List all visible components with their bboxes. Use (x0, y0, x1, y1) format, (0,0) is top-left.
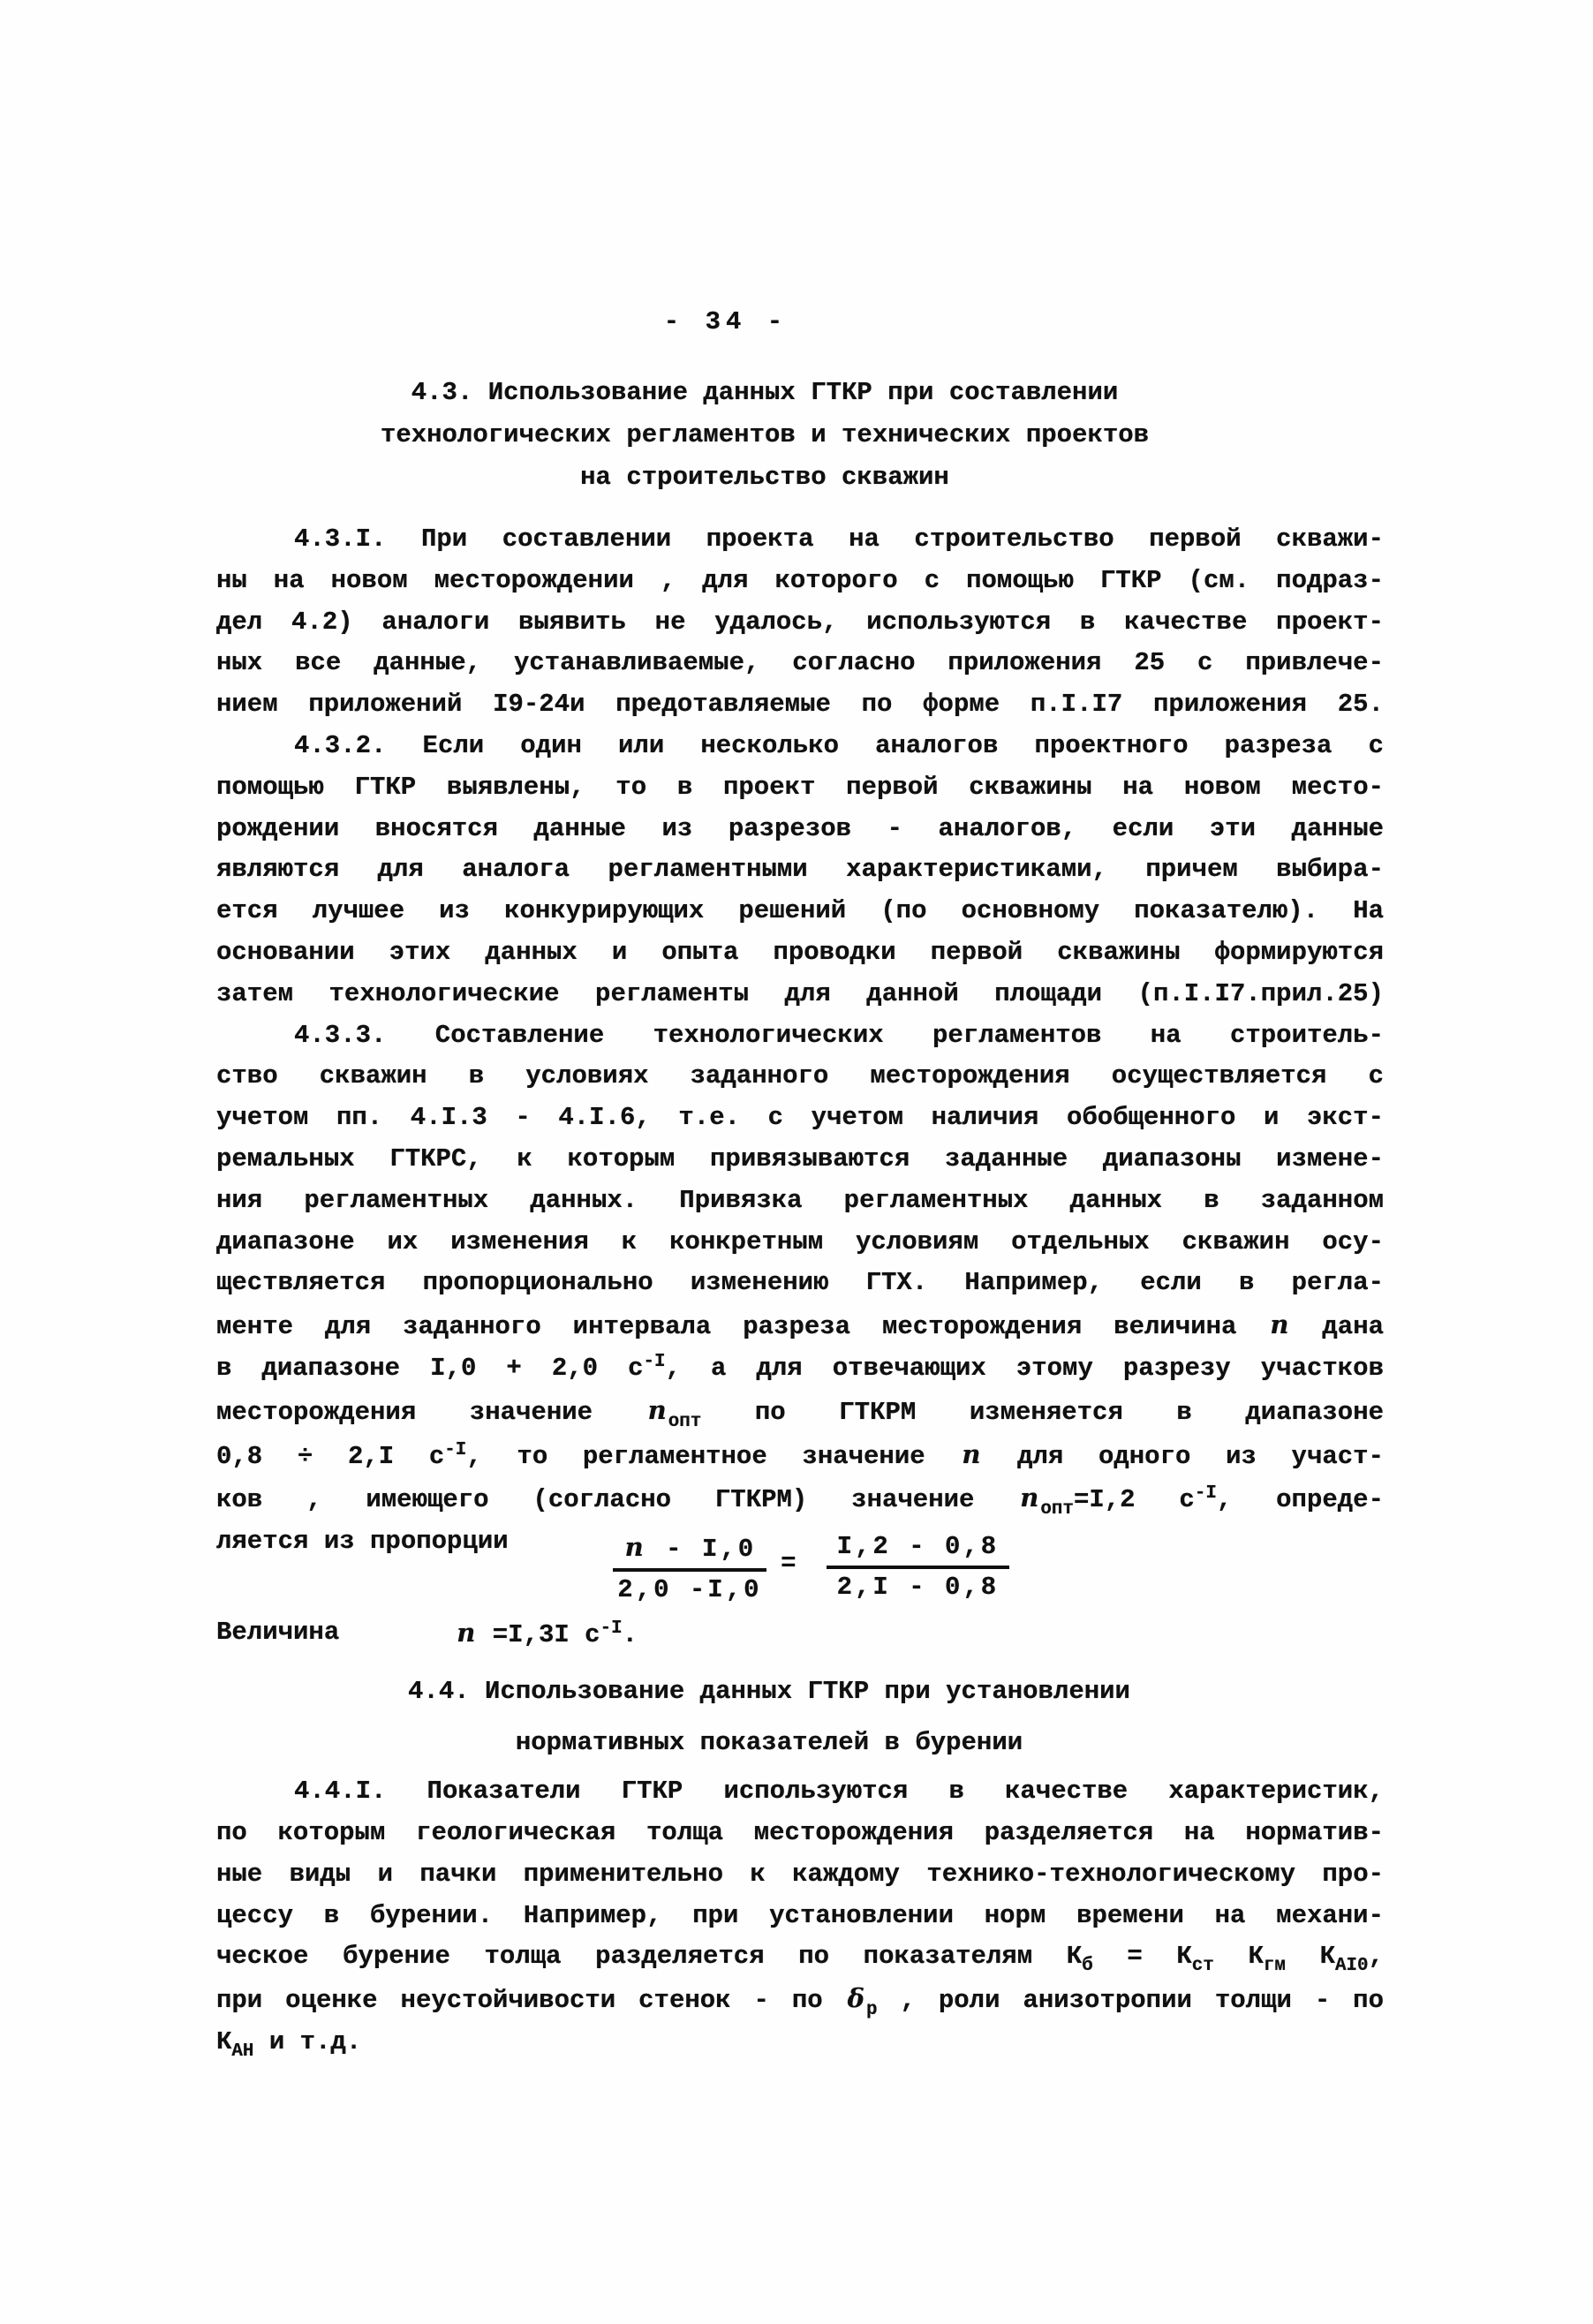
result-line: Величина n =I,3I с-I. (216, 1612, 1384, 1654)
text-line: 4.4. Использование данных ГТКР при устан… (185, 1666, 1353, 1717)
text-line: нормативных показателей в бурении (185, 1717, 1353, 1769)
result-label: Величина (216, 1612, 339, 1654)
text-line: диапазоне их изменения к конкретным усло… (216, 1222, 1384, 1264)
fraction-left-numerator: n - I,0 (613, 1529, 767, 1572)
text-line: ществляется пропорционально изменению ГТ… (216, 1263, 1384, 1304)
text-line: ния регламентных данных. Привязка реглам… (216, 1181, 1384, 1222)
text-line: затем технологические регламенты для дан… (216, 974, 1384, 1015)
text-line: ется лучшее из конкурирующих решений (по… (216, 891, 1384, 932)
text-line: 4.4.I. Показатели ГТКР используются в ка… (216, 1771, 1384, 1813)
text-line: являются для аналога регламентными харак… (216, 849, 1384, 891)
text-line: ческое бурение толща разделяется по пока… (216, 1936, 1384, 1978)
fraction-right-denominator: 2,I - 0,8 (827, 1569, 1010, 1604)
text-line: ных все данные, устанавливаемые, согласн… (216, 643, 1384, 684)
text-line: КАН и т.д. (216, 2022, 1384, 2064)
text-line: технологических регламентов и технически… (181, 414, 1348, 456)
paragraph-4-3-2: 4.3.2. Если один или несколько аналогов … (216, 726, 1384, 1015)
page-number: - 34 - (142, 305, 1310, 340)
fraction-right-numerator: I,2 - 0,8 (827, 1529, 1010, 1569)
fraction-right: I,2 - 0,8 2,I - 0,8 (827, 1521, 1010, 1604)
text-line: при оценке неустойчивости стенок - по δр… (216, 1978, 1384, 2022)
text-column: - 34 - 4.3. Использование данных ГТКР пр… (216, 305, 1384, 2064)
paragraph-4-3-1: 4.3.I. При составлении проекта на строит… (216, 519, 1384, 726)
text-line: месторождения значение nопт по ГТКРМ изм… (216, 1390, 1384, 1434)
text-line: ные виды и пачки применительно к каждому… (216, 1854, 1384, 1896)
section-4-4-heading: 4.4. Использование данных ГТКР при устан… (185, 1666, 1353, 1769)
text-line: ны на новом месторождении , для которого… (216, 561, 1384, 602)
text-line: в диапазоне I,0 + 2,0 с-I, а для отвечаю… (216, 1348, 1384, 1390)
text-line: по которым геологическая толща месторожд… (216, 1813, 1384, 1854)
text-line: 4.3.3. Составление технологических регла… (216, 1015, 1384, 1057)
text-line: цессу в бурении. Например, при установле… (216, 1896, 1384, 1937)
result-value: n =I,3I с-I. (455, 1612, 638, 1654)
text-line: 0,8 ÷ 2,I с-I, то регламентное значение … (216, 1434, 1384, 1478)
text-line: ремальных ГТКРС, к которым привязываются… (216, 1139, 1384, 1181)
text-line: основании этих данных и опыта проводки п… (216, 932, 1384, 974)
paragraph-4-3-3: 4.3.3. Составление технологических регла… (216, 1015, 1384, 1522)
text-line: 4.3. Использование данных ГТКР при соста… (181, 372, 1348, 414)
scanned-document-page: - 34 - 4.3. Использование данных ГТКР пр… (0, 0, 1593, 2324)
text-line: помощью ГТКР выявлены, то в проект перво… (216, 767, 1384, 809)
formula-lead-in: ляется из пропорции (216, 1521, 509, 1563)
text-line: 4.3.2. Если один или несколько аналогов … (216, 726, 1384, 767)
text-line: нием приложений I9-24и предотавляемые по… (216, 684, 1384, 726)
text-line: менте для заданного интервала разреза ме… (216, 1304, 1384, 1348)
text-line: ство скважин в условиях заданного местор… (216, 1056, 1384, 1098)
text-line: дел 4.2) аналоги выявить не удалось, исп… (216, 602, 1384, 644)
equals-sign: = (781, 1548, 796, 1580)
text-line: рождении вносятся данные из разрезов - а… (216, 809, 1384, 850)
fraction-left-denominator: 2,0 -I,0 (613, 1572, 767, 1607)
section-4-3-heading: 4.3. Использование данных ГТКР при соста… (181, 372, 1348, 499)
text-line: учетом пп. 4.I.3 - 4.I.6, т.е. с учетом … (216, 1098, 1384, 1139)
fraction-left: n - I,0 2,0 -I,0 (613, 1521, 767, 1607)
text-line: на строительство скважин (181, 456, 1348, 499)
paragraph-4-4-1: 4.4.I. Показатели ГТКР используются в ка… (216, 1771, 1384, 2064)
proportion-formula: ляется из пропорции n - I,0 2,0 -I,0 = I… (216, 1521, 1384, 1612)
text-line: 4.3.I. При составлении проекта на строит… (216, 519, 1384, 561)
text-line: ков , имеющего (согласно ГТКРМ) значение… (216, 1477, 1384, 1521)
